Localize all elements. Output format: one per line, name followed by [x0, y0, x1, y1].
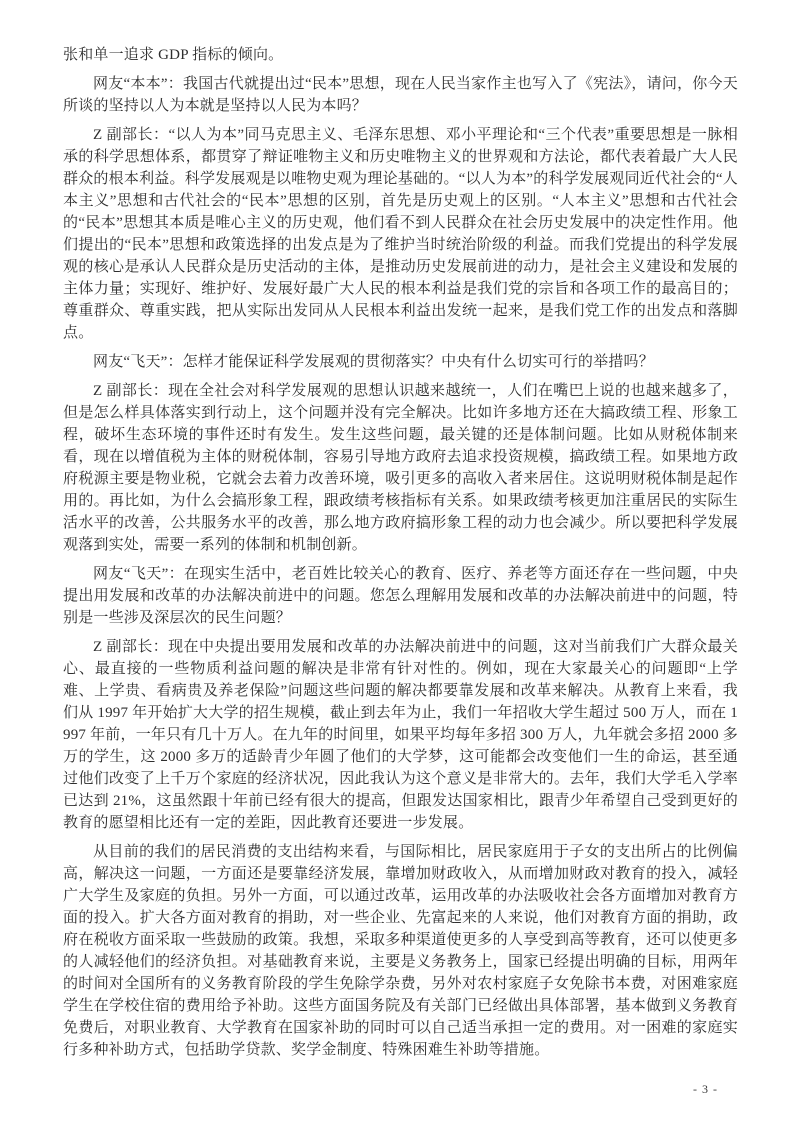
document-page: 张和单一追求 GDP 指标的倾向。 网友“本本”：我国古代就提出过“民本”思想，… — [0, 0, 800, 1132]
question-netizen-feitian-2: 网友“飞天”：在现实生活中，老百姓比较关心的教育、医疗、养老等方面还存在一些问题… — [63, 563, 738, 629]
question-netizen-feitian-1: 网友“飞天”：怎样才能保证科学发展观的贯彻落实？中央有什么切实可行的举措吗？ — [63, 351, 738, 373]
continued-paragraph: 张和单一追求 GDP 指标的倾向。 — [63, 44, 738, 66]
answer-deputy-minister-3-continued: 从目前的我们的居民消费的支出结构来看，与国际相比，居民家庭用于子女的支出所占的比… — [63, 841, 738, 1061]
page-body-text: 张和单一追求 GDP 指标的倾向。 网友“本本”：我国古代就提出过“民本”思想，… — [63, 44, 738, 1068]
page-number: - 3 - — [693, 1082, 718, 1096]
answer-deputy-minister-3: Z 副部长：现在中央提出要用发展和改革的办法解决前进中的问题，这对当前我们广大群… — [63, 636, 738, 834]
answer-deputy-minister-1: Z 副部长：“以人为本”同马克思主义、毛泽东思想、邓小平理论和“三个代表”重要思… — [63, 124, 738, 344]
answer-deputy-minister-2: Z 副部长：现在全社会对科学发展观的思想认识越来越统一，人们在嘴巴上说的也越来越… — [63, 380, 738, 556]
question-netizen-benben: 网友“本本”：我国古代就提出过“民本”思想，现在人民当家作主也写入了《宪法》，请… — [63, 73, 738, 117]
